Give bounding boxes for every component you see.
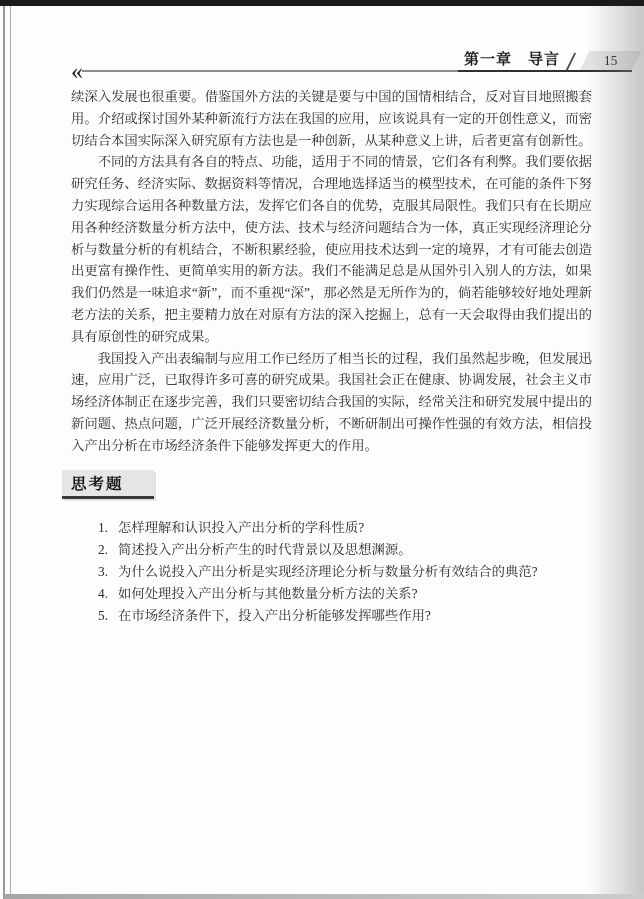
- questions-section: 思考题 1. 怎样理解和认识投入产出分析的学科性质? 2. 简述投入产出分析产生…: [71, 470, 632, 627]
- paragraph-3: 我国投入产出表编制与应用工作已经历了相当长的过程，我们虽然起步晚，但发展迅速，应…: [71, 348, 592, 457]
- body-text: 续深入发展也很重要。借鉴国外方法的关键是要与中国的国情相结合，反对盲目地照搬套用…: [71, 86, 592, 457]
- question-number: 1.: [98, 517, 118, 539]
- header-slash: [566, 53, 576, 70]
- question-item: 3. 为什么说投入产出分析是实现经济理论分析与数量分析有效结合的典范?: [71, 561, 632, 583]
- question-text: 怎样理解和认识投入产出分析的学科性质?: [118, 517, 632, 539]
- question-text: 如何处理投入产出分析与其他数量分析方法的关系?: [118, 583, 632, 605]
- header-rule: [82, 70, 458, 72]
- question-number: 3.: [98, 561, 118, 583]
- header-right-group: 第一章 导言 15: [458, 51, 632, 72]
- question-item: 1. 怎样理解和认识投入产出分析的学科性质?: [71, 517, 632, 539]
- double-chevron-icon: «: [71, 67, 81, 77]
- paragraph-1: 续深入发展也很重要。借鉴国外方法的关键是要与中国的国情相结合，反对盲目地照搬套用…: [71, 86, 592, 151]
- question-text: 简述投入产出分析产生的时代背景以及思想渊源。: [118, 539, 632, 561]
- running-header: « 第一章 导言 15: [71, 50, 632, 72]
- question-number: 2.: [98, 539, 118, 561]
- page-number: 15: [585, 51, 637, 70]
- book-page: « 第一章 导言 15 续深入发展也很重要。借鉴国外方法的关键是要与中国的国情相…: [0, 0, 644, 899]
- paragraph-2: 不同的方法具有各自的特点、功能，适用于不同的情景，它们各有利弊。我们要依据研究任…: [71, 151, 592, 347]
- question-number: 5.: [98, 605, 118, 627]
- questions-heading-label: 思考题: [71, 476, 124, 493]
- question-text: 在市场经济条件下，投入产出分析能够发挥哪些作用?: [118, 605, 632, 627]
- page-spine-edge: [3, 6, 11, 899]
- question-item: 4. 如何处理投入产出分析与其他数量分析方法的关系?: [71, 583, 632, 605]
- scan-top-edge: [0, 0, 644, 6]
- question-item: 2. 简述投入产出分析产生的时代背景以及思想渊源。: [71, 539, 632, 561]
- page-content: « 第一章 导言 15 续深入发展也很重要。借鉴国外方法的关键是要与中国的国情相…: [71, 50, 632, 627]
- questions-heading: 思考题: [62, 470, 154, 499]
- question-number: 4.: [98, 583, 118, 605]
- question-item: 5. 在市场经济条件下，投入产出分析能够发挥哪些作用?: [71, 605, 632, 627]
- questions-list: 1. 怎样理解和认识投入产出分析的学科性质? 2. 简述投入产出分析产生的时代背…: [71, 517, 632, 627]
- scan-bottom-edge: [4, 894, 644, 899]
- question-text: 为什么说投入产出分析是实现经济理论分析与数量分析有效结合的典范?: [118, 561, 632, 583]
- chapter-title: 第一章 导言: [464, 51, 560, 70]
- page-number-box: 15: [580, 51, 641, 70]
